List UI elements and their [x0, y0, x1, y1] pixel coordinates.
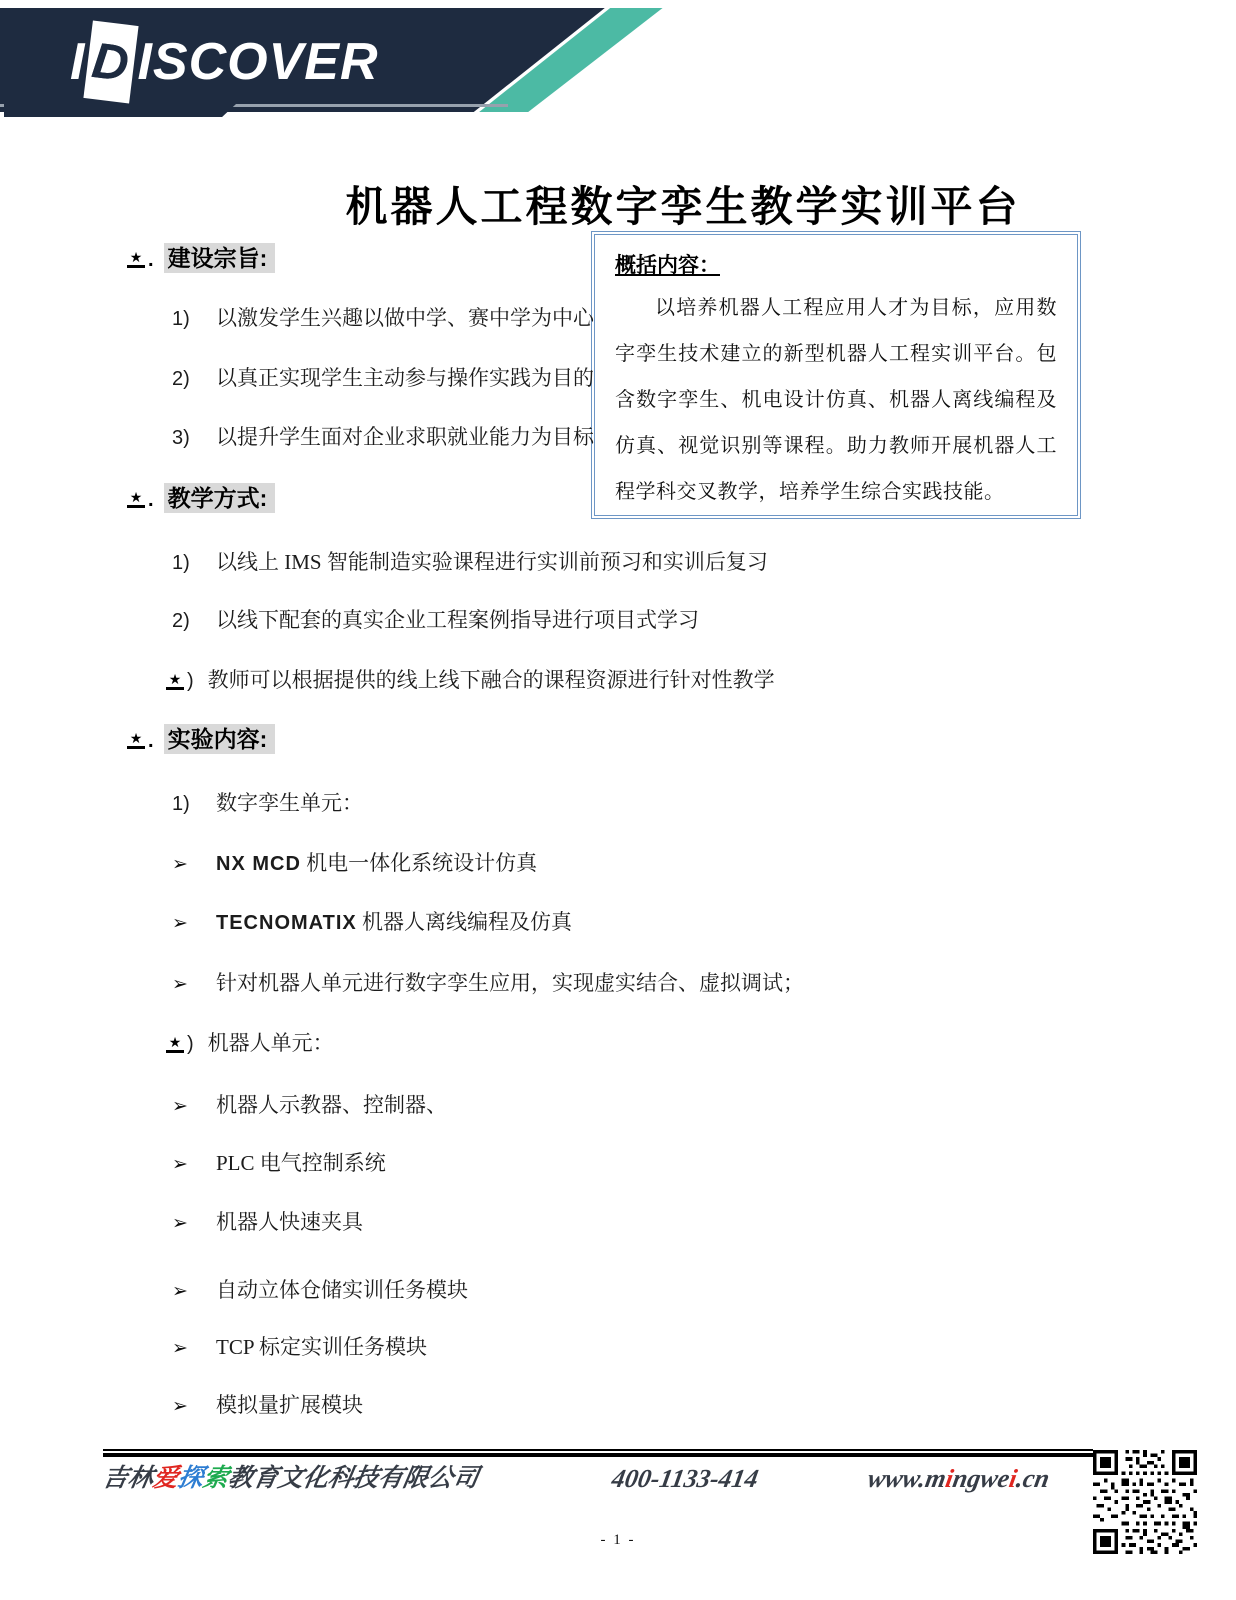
arrow-bullet-icon: ➢ [172, 908, 216, 938]
item-number: 1) [172, 548, 216, 578]
summary-body: 以培养机器人工程应用人才为目标，应用数字孪生技术建立的新型机器人工程实训平台。包… [615, 285, 1057, 515]
list-item: 2)以线下配套的真实企业工程案例指导进行项目式学习 [172, 605, 699, 635]
website-text: www.m [866, 1464, 949, 1493]
footer-rule [103, 1449, 1093, 1457]
item-number: 1) [172, 304, 216, 334]
header-banner: I D ISCOVER [0, 8, 672, 112]
list-item: ★)教师可以根据提供的线上线下融合的课程资源进行针对性教学 [164, 665, 775, 695]
item-text: PLC 电气控制系统 [216, 1151, 386, 1175]
star-bullet-icon: ★ [164, 674, 186, 690]
footer-company: 吉林爱探索教育文化科技有限公司 [103, 1462, 478, 1496]
list-item: ➢机器人示教器、控制器、 [172, 1090, 447, 1120]
section-title: 教学方式: [164, 483, 276, 513]
section-title: 实验内容: [164, 724, 276, 754]
item-text: 教师可以根据提供的线上线下融合的课程资源进行针对性教学 [208, 668, 775, 692]
list-item: 3)以提升学生面对企业求职就业能力为目标 [172, 422, 594, 452]
arrow-bullet-icon: ➢ [172, 969, 216, 999]
item-text: 机电一体化系统设计仿真 [301, 851, 537, 875]
item-text: 以激发学生兴趣以做中学、赛中学为中心 [216, 306, 594, 330]
website-text: ngwe [951, 1464, 1012, 1493]
item-text: 机器人单元： [208, 1031, 334, 1055]
list-item: 1)以线上 IMS 智能制造实验课程进行实训前预习和实训后复习 [172, 547, 768, 577]
star-bullet-icon: ★ [125, 252, 147, 268]
item-text: 数字孪生单元： [216, 791, 363, 815]
list-item: ➢TECNOMATIX 机器人离线编程及仿真 [172, 907, 572, 937]
item-text: 以真正实现学生主动参与操作实践为目的 [216, 366, 594, 390]
item-number: 3) [172, 423, 216, 453]
page-title: 机器人工程数字孪生教学实训平台 [0, 174, 1236, 234]
banner-notch [4, 104, 236, 117]
arrow-bullet-icon: ➢ [172, 1391, 216, 1421]
page-number: - 1 - [0, 1532, 1236, 1549]
logo-d-tile: D [84, 20, 139, 103]
star-bullet-icon: ★ [125, 733, 147, 749]
document-page: I D ISCOVER 机器人工程数字孪生教学实训平台 概括内容： 以培养机器人… [0, 0, 1236, 1600]
logo-letter-i: I [70, 32, 85, 92]
arrow-bullet-icon: ➢ [172, 1333, 216, 1363]
section-title: 建设宗旨: [164, 243, 276, 273]
footer-phone: 400-1133-414 [612, 1462, 758, 1496]
star-bullet-icon: ★ [125, 492, 147, 508]
list-item: 1)以激发学生兴趣以做中学、赛中学为中心 [172, 303, 594, 333]
arrow-bullet-icon: ➢ [172, 1091, 216, 1121]
list-item: 1)数字孪生单元： [172, 788, 363, 818]
item-number: 1) [172, 789, 216, 819]
item-text: 以线上 IMS 智能制造实验课程进行实训前预习和实训后复习 [216, 550, 768, 574]
brand-name: TECNOMATIX [216, 912, 357, 934]
item-text: 机器人快速夹具 [216, 1210, 363, 1234]
item-text: TCP 标定实训任务模块 [216, 1335, 427, 1359]
website-text: .cn [1014, 1464, 1052, 1493]
item-text: 以提升学生面对企业求职就业能力为目标 [216, 425, 594, 449]
company-text: 教育文化科技有限公司 [226, 1465, 481, 1492]
discover-logo: I D ISCOVER [70, 24, 379, 100]
item-text: 针对机器人单元进行数字孪生应用，实现虚实结合、虚拟调试； [216, 971, 804, 995]
summary-box: 概括内容： 以培养机器人工程应用人才为目标，应用数字孪生技术建立的新型机器人工程… [594, 234, 1078, 516]
brand-name: NX MCD [216, 853, 301, 875]
list-item: ➢模拟量扩展模块 [172, 1390, 363, 1420]
list-item: ➢TCP 标定实训任务模块 [172, 1332, 427, 1362]
summary-heading: 概括内容： [615, 249, 730, 279]
section-heading-purpose: ★.建设宗旨: [125, 242, 275, 274]
item-number: 2) [172, 364, 216, 394]
item-number: 2) [172, 606, 216, 636]
list-item: ★)机器人单元： [164, 1028, 334, 1058]
item-text: 自动立体仓储实训任务模块 [216, 1278, 468, 1302]
logo-wordmark: ISCOVER [137, 32, 378, 92]
section-heading-teaching: ★.教学方式: [125, 482, 275, 514]
item-text: 机器人示教器、控制器、 [216, 1093, 447, 1117]
section-heading-experiment: ★.实验内容: [125, 723, 275, 755]
arrow-bullet-icon: ➢ [172, 1149, 216, 1179]
arrow-bullet-icon: ➢ [172, 849, 216, 879]
logo-letter-d: D [89, 31, 133, 93]
list-item: ➢PLC 电气控制系统 [172, 1148, 386, 1178]
star-bullet-icon: ★ [164, 1037, 186, 1053]
list-item: ➢针对机器人单元进行数字孪生应用，实现虚实结合、虚拟调试； [172, 968, 804, 998]
list-item: ➢机器人快速夹具 [172, 1207, 363, 1237]
arrow-bullet-icon: ➢ [172, 1276, 216, 1306]
item-text: 机器人离线编程及仿真 [357, 910, 572, 934]
company-text: 吉林 [101, 1465, 156, 1492]
list-item: ➢NX MCD 机电一体化系统设计仿真 [172, 848, 537, 878]
item-text: 模拟量扩展模块 [216, 1393, 363, 1417]
item-text: 以线下配套的真实企业工程案例指导进行项目式学习 [216, 608, 699, 632]
footer-website: www.mingwei.cn [868, 1462, 1049, 1496]
list-item: 2)以真正实现学生主动参与操作实践为目的 [172, 363, 594, 393]
arrow-bullet-icon: ➢ [172, 1208, 216, 1238]
list-item: ➢自动立体仓储实训任务模块 [172, 1275, 468, 1305]
